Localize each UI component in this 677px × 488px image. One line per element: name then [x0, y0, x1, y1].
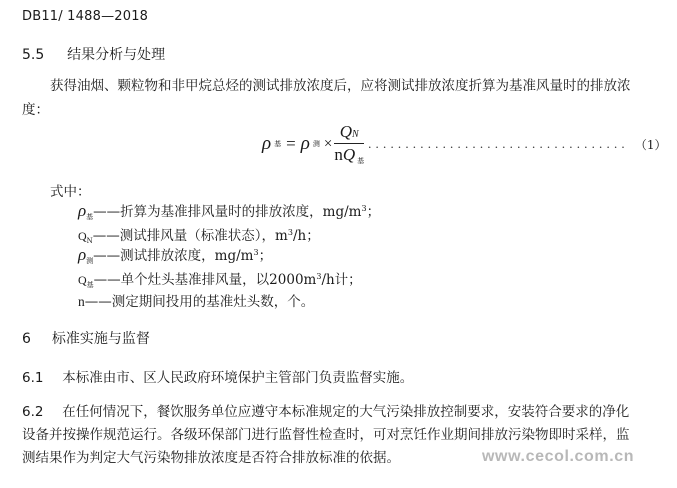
description-tail: ；	[259, 248, 273, 264]
section-text: 本标准由市、区人民政府环境保护主管部门负责监督实施。	[62, 370, 413, 386]
fraction: QN nQ基	[334, 122, 364, 166]
section-title: 标准实施与监督	[52, 331, 150, 347]
leader-dots: ...................................	[368, 136, 629, 152]
section-number: 6.2	[22, 404, 43, 420]
section-6-1: 6.1 本标准由市、区人民政府环境保护主管部门负责监督实施。	[22, 366, 413, 386]
section-6-2-line1: 6.2 在任何情况下，餐饮服务单位应遵守本标准规定的大气污染排放控制要求，安装符…	[22, 400, 629, 420]
rho-symbol: ρ	[301, 133, 310, 155]
symbol: ρ	[78, 201, 86, 220]
document-header-id: DB11/ 1488—2018	[22, 9, 148, 24]
section-6-heading: 6 标准实施与监督	[22, 328, 150, 348]
equation-number: （1）	[635, 136, 667, 153]
symbol: ρ	[78, 245, 86, 264]
where-item-qn: QN——测试排风量（标准状态），m3/h；	[78, 224, 320, 245]
where-item-rho-measured: ρ测——测试排放浓度，mg/m3；	[78, 244, 272, 266]
symbol: Q	[78, 273, 87, 287]
section-number: 6	[22, 331, 31, 347]
times-sign: ×	[324, 136, 332, 153]
section-title: 结果分析与处理	[67, 47, 165, 63]
section-5-5-paragraph-line2: 度：	[22, 98, 49, 118]
section-6-2-line2: 设备并按操作规范运行。各级环保部门进行监督性检查时，可对烹饪作业期间排放污染物即…	[22, 423, 630, 443]
where-item-n: n——测定期间投用的基准灶头数，个。	[78, 290, 314, 310]
denominator-subscript: 基	[357, 157, 364, 165]
description: ——测试排风量（标准状态），m	[93, 228, 288, 244]
section-6-2-line3: 测结果作为判定大气污染物排放浓度是否符合排放标准的依据。	[22, 446, 400, 466]
symbol: n	[78, 294, 85, 309]
where-item-rho-base: ρ基——折算为基准排风量时的排放浓度，mg/m3；	[78, 200, 380, 222]
subscript: 基	[87, 281, 94, 289]
equals-sign: =	[286, 134, 296, 154]
symbol: Q	[78, 229, 87, 243]
section-5-5-heading: 5.5 结果分析与处理	[22, 44, 165, 64]
section-number: 5.5	[22, 47, 44, 63]
description-tail: /h；	[293, 228, 320, 244]
description: ——测试排放浓度，mg/m	[93, 248, 253, 264]
fraction-numerator: QN	[334, 122, 364, 144]
description: ——测定期间投用的基准灶头数，个。	[85, 294, 315, 310]
rho-symbol: ρ	[262, 133, 271, 155]
denominator-symbol: Q	[343, 145, 355, 164]
where-label: 式中：	[50, 180, 91, 200]
fraction-denominator: nQ基	[334, 144, 364, 166]
rho-subscript: 基	[274, 139, 281, 149]
numerator-subscript: N	[352, 129, 359, 140]
description: ——单个灶头基准排风量，以2000m	[94, 272, 317, 288]
section-number: 6.1	[22, 370, 43, 386]
description-tail: ；	[367, 204, 381, 220]
description-tail: /h计；	[321, 272, 361, 288]
formula-1: ρ 基 = ρ 测 × QN nQ基 .....................…	[262, 122, 666, 166]
rho-subscript: 测	[313, 139, 320, 149]
description: ——折算为基准排风量时的排放浓度，mg/m	[93, 204, 361, 220]
section-5-5-paragraph-line1: 获得油烟、颗粒物和非甲烷总烃的测试排放浓度后，应将测试排放浓度折算为基准风量时的…	[50, 74, 631, 94]
where-item-q-base: Q基——单个灶头基准排风量，以2000m3/h计；	[78, 268, 362, 290]
numerator-symbol: Q	[340, 122, 352, 141]
denominator-prefix: n	[334, 145, 343, 164]
section-text: 在任何情况下，餐饮服务单位应遵守本标准规定的大气污染排放控制要求，安装符合要求的…	[62, 404, 629, 420]
watermark: www.cecol.com.cn	[482, 448, 634, 466]
